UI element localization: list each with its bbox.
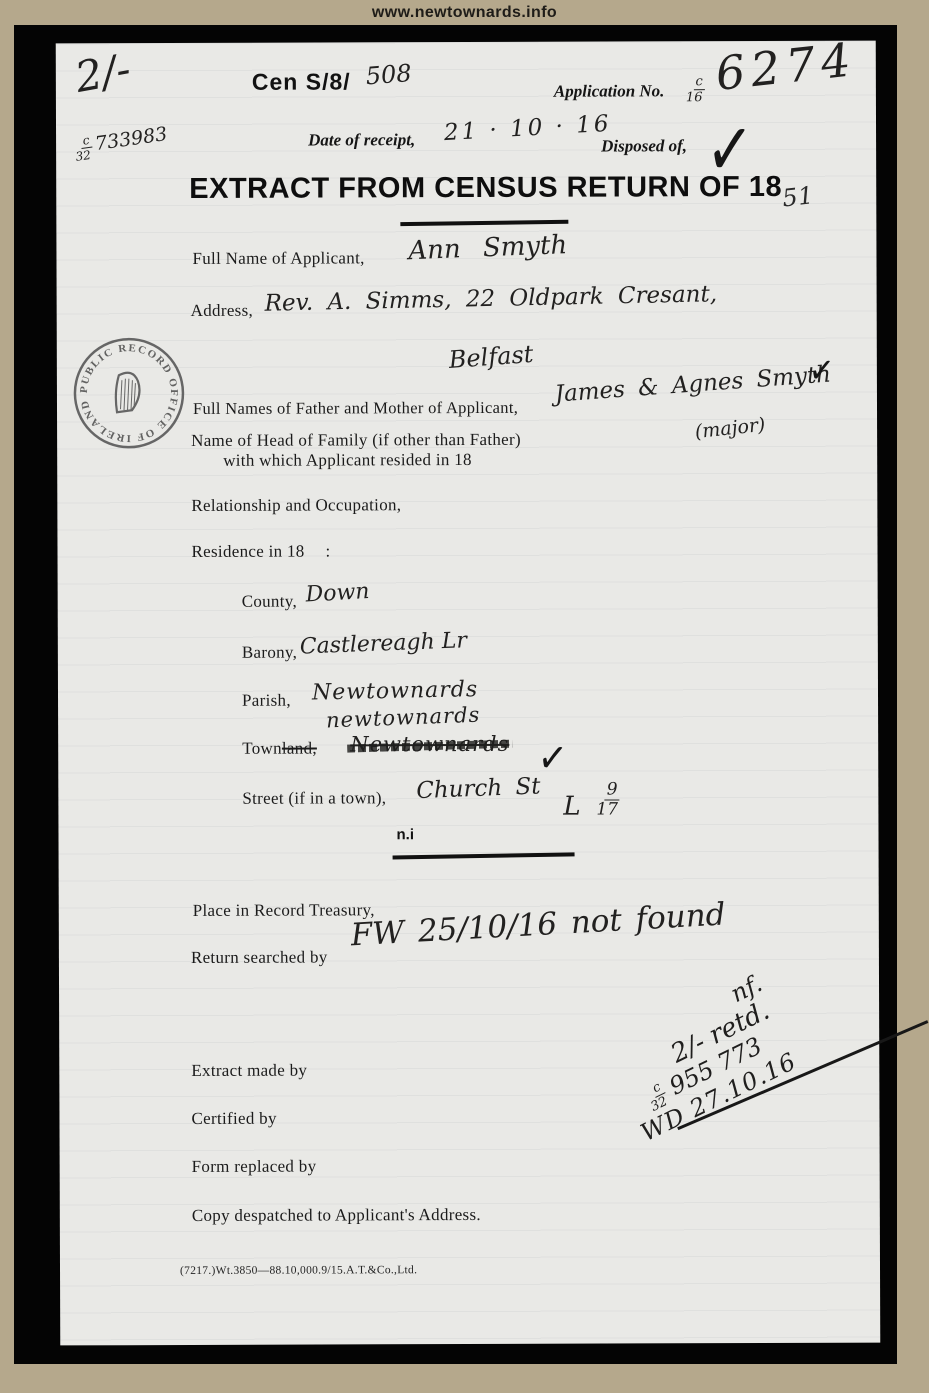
- hw-townland-scribbled: Newtownards: [350, 732, 509, 757]
- field-barony-label: Barony,: [242, 643, 297, 663]
- ref-number: 733983: [94, 123, 169, 155]
- url-banner: www.newtownards.info: [0, 0, 929, 25]
- field-residence-label: Residence in 18: [191, 542, 304, 562]
- field-county-label: County,: [242, 592, 297, 612]
- seal-ring-text: PUBLIC RECORD OFFICE OF IRELAND: [79, 343, 180, 444]
- hw-searched-value: FW 25/10/16 not found: [350, 899, 726, 951]
- title-rule: [400, 220, 568, 226]
- street-check-icon: ✓: [536, 735, 569, 782]
- harp-icon: [116, 373, 140, 413]
- hw-townland-correction: newtownards: [326, 705, 481, 732]
- title-year-note: 51: [781, 181, 815, 212]
- hw-barony: Castlereagh Lr: [299, 630, 467, 658]
- application-frac-top: c: [693, 75, 704, 90]
- document-paper: 2/- Cen S/8/ 508 Application No. c 16 62…: [56, 41, 881, 1346]
- application-no-value: 6274: [713, 36, 858, 97]
- svg-text:PUBLIC RECORD OFFICE OF IRELAN: PUBLIC RECORD OFFICE OF IRELAND: [79, 343, 180, 444]
- field-copy-despatched-label: Copy despatched to Applicant's Address.: [192, 1205, 481, 1226]
- public-record-office-seal: PUBLIC RECORD OFFICE OF IRELAND: [73, 337, 185, 449]
- street-frac-top: 9: [605, 781, 620, 800]
- application-frac-bottom: 16: [686, 90, 703, 104]
- cen-code-label: Cen S/8/: [252, 68, 351, 95]
- field-treasury-label: Place in Record Treasury,: [193, 900, 375, 921]
- footer-imprint: (7217.)Wt.3850—88.10,000.9/15.A.T.&Co.,L…: [180, 1264, 417, 1277]
- ref-fraction: c 32: [75, 134, 94, 163]
- seal-ring: [75, 339, 183, 447]
- url-text: www.newtownards.info: [372, 4, 557, 22]
- cen-code-number: 508: [365, 61, 412, 88]
- ni-rule: [393, 852, 575, 859]
- hw-county: Down: [305, 581, 370, 607]
- hw-street-fraction: 9 17: [598, 781, 620, 818]
- field-townland-label: Townland,: [242, 739, 317, 759]
- field-full-name-label: Full Name of Applicant,: [192, 248, 364, 269]
- townland-prefix: Town: [242, 739, 282, 758]
- disposed-of-label: Disposed of,: [601, 136, 687, 156]
- field-residence-colon: :: [325, 541, 330, 561]
- field-head-line1: Name of Head of Family (if other than Fa…: [191, 430, 521, 451]
- field-address-label: Address,: [191, 301, 253, 321]
- hw-address: Rev. A. Simms, 22 Oldpark Cresant,: [264, 283, 717, 315]
- hw-parents-note: (major): [694, 416, 766, 443]
- field-certified-label: Certified by: [191, 1109, 276, 1129]
- hw-full-name: Ann Smyth: [408, 232, 568, 264]
- fee-note: 2/-: [72, 48, 134, 99]
- field-street-label: Street (if in a town),: [242, 788, 386, 809]
- application-no-fraction: c 16: [688, 75, 705, 104]
- ref-frac-top: c: [80, 134, 93, 149]
- date-of-receipt-value: 21 · 10 · 16: [443, 113, 612, 145]
- field-parish-label: Parish,: [242, 691, 291, 711]
- hw-address-city: Belfast: [448, 342, 534, 372]
- document-title: EXTRACT FROM CENSUS RETURN OF 1851: [189, 171, 813, 206]
- street-frac-bottom: 17: [596, 800, 618, 818]
- hw-street-l-mark: L: [563, 794, 580, 820]
- date-of-receipt-label: Date of receipt,: [308, 130, 415, 150]
- black-mat: 2/- Cen S/8/ 508 Application No. c 16 62…: [14, 25, 897, 1364]
- ref-frac-bottom: 32: [75, 148, 92, 163]
- hw-parish: Newtownards: [312, 679, 479, 704]
- field-extract-made-label: Extract made by: [191, 1061, 307, 1081]
- note-ref-fraction: c 32: [644, 1080, 672, 1113]
- document-title-text: EXTRACT FROM CENSUS RETURN OF 18: [189, 171, 782, 205]
- parents-check-icon: ✓: [807, 352, 835, 391]
- application-no-label: Application No.: [554, 81, 665, 101]
- seal-graphic: PUBLIC RECORD OFFICE OF IRELAND: [73, 337, 185, 449]
- field-searched-label: Return searched by: [191, 947, 328, 967]
- field-parents-label: Full Names of Father and Mother of Appli…: [193, 398, 518, 419]
- hw-parents: James & Agnes Smyth: [554, 363, 832, 406]
- field-relationship-label: Relationship and Occupation,: [191, 495, 401, 516]
- field-head-line2: with which Applicant resided in 18: [223, 450, 472, 471]
- ref-number-note: c 32 733983: [75, 123, 170, 163]
- townland-struck: land,: [282, 739, 317, 758]
- ni-label: n.i: [396, 826, 414, 843]
- hw-street: Church St: [416, 775, 541, 803]
- field-form-replaced-label: Form replaced by: [192, 1157, 317, 1177]
